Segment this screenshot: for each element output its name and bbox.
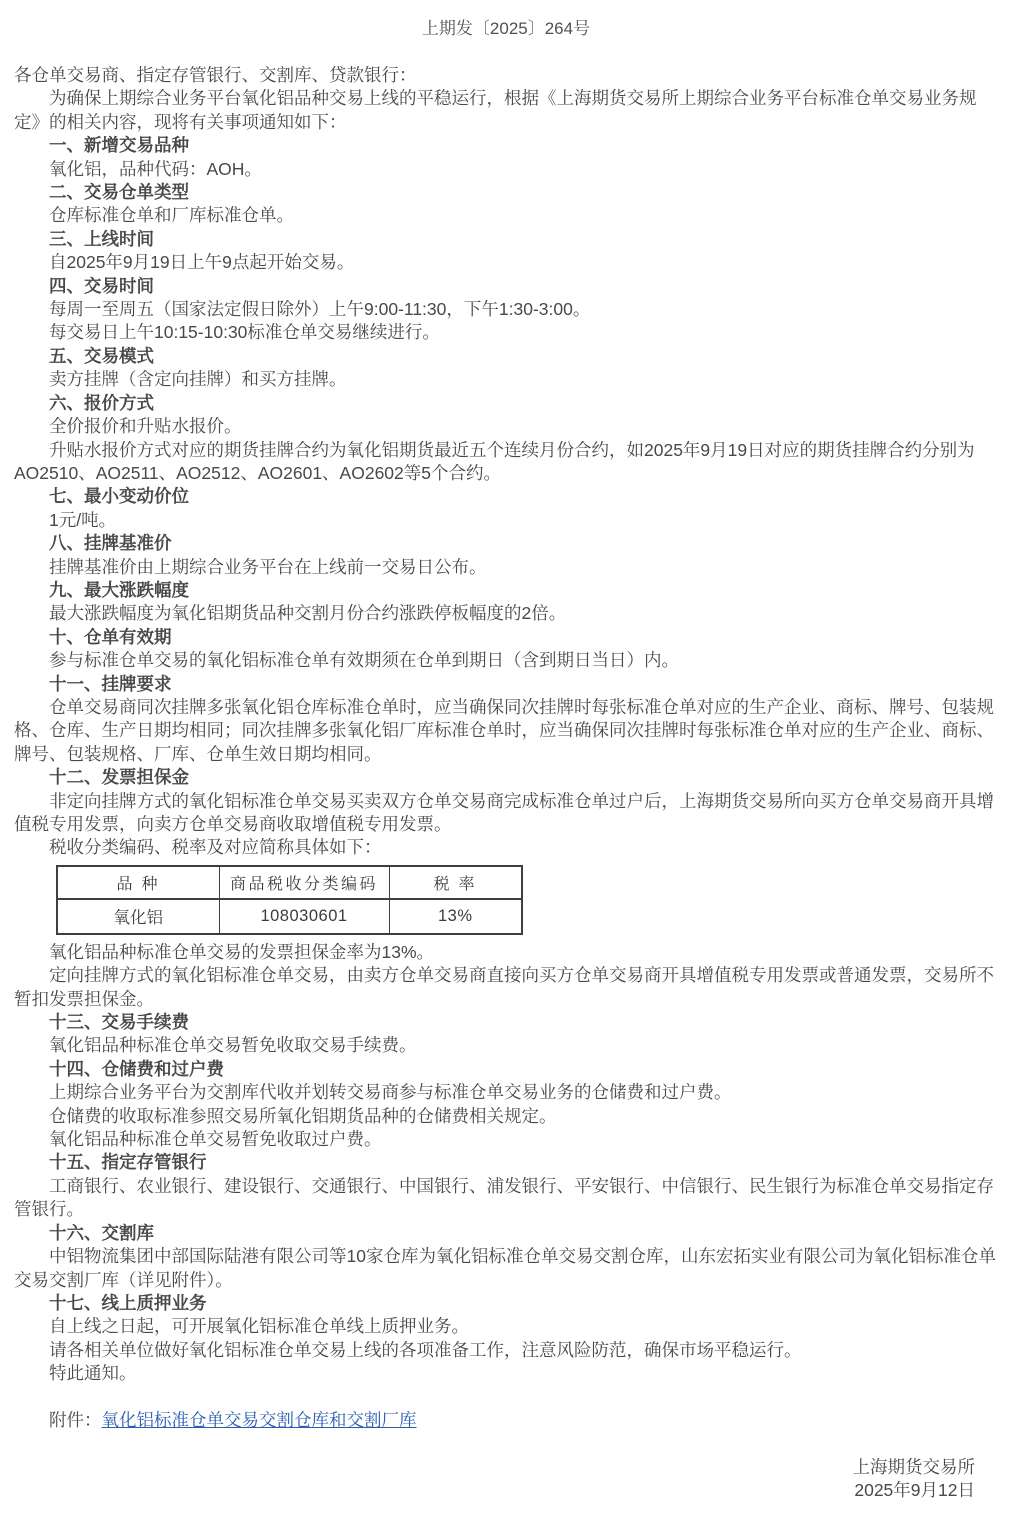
tax-table-header-row: 品 种商品税收分类编码税 率 <box>57 866 522 899</box>
body-paragraph: 仓库标准仓单和厂库标准仓单。 <box>14 204 998 227</box>
body-paragraph: 每交易日上午10:15-10:30标准仓单交易继续进行。 <box>14 321 998 344</box>
body-paragraph: 挂牌基准价由上期综合业务平台在上线前一交易日公布。 <box>14 556 998 579</box>
body-paragraph: 氧化铝品种标准仓单交易暂免收取过户费。 <box>14 1128 998 1151</box>
notice-page: 上期发〔2025〕264号 各仓单交易商、指定存管银行、交割库、贷款银行：为确保… <box>0 0 1012 1513</box>
body-paragraph: 仓单交易商同次挂牌多张氧化铝仓库标准仓单时，应当确保同次挂牌时每张标准仓单对应的… <box>14 696 998 766</box>
body-paragraph: 氧化铝品种标准仓单交易的发票担保金率为13%。 <box>14 941 998 964</box>
salutation-line: 各仓单交易商、指定存管银行、交割库、贷款银行： <box>14 64 998 87</box>
body-paragraph: 氧化铝，品种代码：AOH。 <box>14 158 998 181</box>
section-heading: 十三、交易手续费 <box>14 1011 998 1034</box>
attachment-link[interactable]: 氧化铝标准仓单交易交割仓库和交割厂库 <box>102 1410 417 1430</box>
body-paragraph: 请各相关单位做好氧化铝标准仓单交易上线的各项准备工作，注意风险防范，确保市场平稳… <box>14 1339 998 1362</box>
body-paragraph: 每周一至周五（国家法定假日除外）上午9:00-11:30，下午1:30-3:00… <box>14 298 998 321</box>
body-paragraph: 1元/吨。 <box>14 509 998 532</box>
attachment-label: 附件： <box>49 1410 102 1430</box>
section-heading: 九、最大涨跌幅度 <box>14 579 998 602</box>
body-paragraph: 非定向挂牌方式的氧化铝标准仓单交易买卖双方仓单交易商完成标准仓单过户后，上海期货… <box>14 790 998 837</box>
tax-table-cell: 氧化铝 <box>57 899 219 934</box>
section-heading: 七、最小变动价位 <box>14 485 998 508</box>
tax-table-cell: 108030601 <box>219 899 389 934</box>
tax-table-cell: 13% <box>389 899 522 934</box>
body-paragraph: 最大涨跌幅度为氧化铝期货品种交割月份合约涨跌停板幅度的2倍。 <box>14 602 998 625</box>
attachment-line: 附件：氧化铝标准仓单交易交割仓库和交割厂库 <box>14 1409 998 1432</box>
signature-org: 上海期货交易所 <box>14 1456 975 1479</box>
section-heading: 十一、挂牌要求 <box>14 673 998 696</box>
body-paragraph: 氧化铝品种标准仓单交易暂免收取交易手续费。 <box>14 1034 998 1057</box>
body-paragraph: 卖方挂牌（含定向挂牌）和买方挂牌。 <box>14 368 998 391</box>
tax-table: 品 种商品税收分类编码税 率氧化铝10803060113% <box>56 865 523 935</box>
tax-table-header-cell: 税 率 <box>389 866 522 899</box>
section-heading: 二、交易仓单类型 <box>14 181 998 204</box>
body-paragraph: 仓储费的收取标准参照交易所氧化铝期货品种的仓储费相关规定。 <box>14 1105 998 1128</box>
section-heading: 十四、仓储费和过户费 <box>14 1058 998 1081</box>
body-paragraph: 参与标准仓单交易的氧化铝标准仓单有效期须在仓单到期日（含到期日当日）内。 <box>14 649 998 672</box>
tax-table-header-cell: 商品税收分类编码 <box>219 866 389 899</box>
section-heading: 十二、发票担保金 <box>14 766 998 789</box>
body-paragraph: 上期综合业务平台为交割库代收并划转交易商参与标准仓单交易业务的仓储费和过户费。 <box>14 1081 998 1104</box>
body-paragraph: 工商银行、农业银行、建设银行、交通银行、中国银行、浦发银行、平安银行、中信银行、… <box>14 1175 998 1222</box>
body-paragraph: 特此通知。 <box>14 1362 998 1385</box>
section-heading: 一、新增交易品种 <box>14 134 998 157</box>
tax-table-row: 氧化铝10803060113% <box>57 899 522 934</box>
body-paragraph: 升贴水报价方式对应的期货挂牌合约为氧化铝期货最近五个连续月份合约，如2025年9… <box>14 439 998 486</box>
doc-number: 上期发〔2025〕264号 <box>14 17 998 41</box>
doc-body: 各仓单交易商、指定存管银行、交割库、贷款银行：为确保上期综合业务平台氧化铝品种交… <box>14 64 998 1386</box>
section-heading: 十六、交割库 <box>14 1222 998 1245</box>
body-paragraph: 自2025年9月19日上午9点起开始交易。 <box>14 251 998 274</box>
section-heading: 四、交易时间 <box>14 275 998 298</box>
section-heading: 六、报价方式 <box>14 392 998 415</box>
body-paragraph: 全价报价和升贴水报价。 <box>14 415 998 438</box>
body-paragraph: 中铝物流集团中部国际陆港有限公司等10家仓库为氧化铝标准仓单交易交割仓库，山东宏… <box>14 1245 998 1292</box>
signature-block: 上海期货交易所 2025年9月12日 <box>14 1456 998 1503</box>
section-heading: 五、交易模式 <box>14 345 998 368</box>
section-heading: 十七、线上质押业务 <box>14 1292 998 1315</box>
signature-date: 2025年9月12日 <box>14 1479 975 1502</box>
tax-table-header-cell: 品 种 <box>57 866 219 899</box>
section-heading: 十五、指定存管银行 <box>14 1151 998 1174</box>
body-paragraph: 税收分类编码、税率及对应简称具体如下： <box>14 836 998 859</box>
body-paragraph: 为确保上期综合业务平台氧化铝品种交易上线的平稳运行，根据《上海期货交易所上期综合… <box>14 87 998 134</box>
body-paragraph: 定向挂牌方式的氧化铝标准仓单交易，由卖方仓单交易商直接向买方仓单交易商开具增值税… <box>14 964 998 1011</box>
section-heading: 十、仓单有效期 <box>14 626 998 649</box>
body-paragraph: 自上线之日起，可开展氧化铝标准仓单线上质押业务。 <box>14 1315 998 1338</box>
section-heading: 三、上线时间 <box>14 228 998 251</box>
section-heading: 八、挂牌基准价 <box>14 532 998 555</box>
